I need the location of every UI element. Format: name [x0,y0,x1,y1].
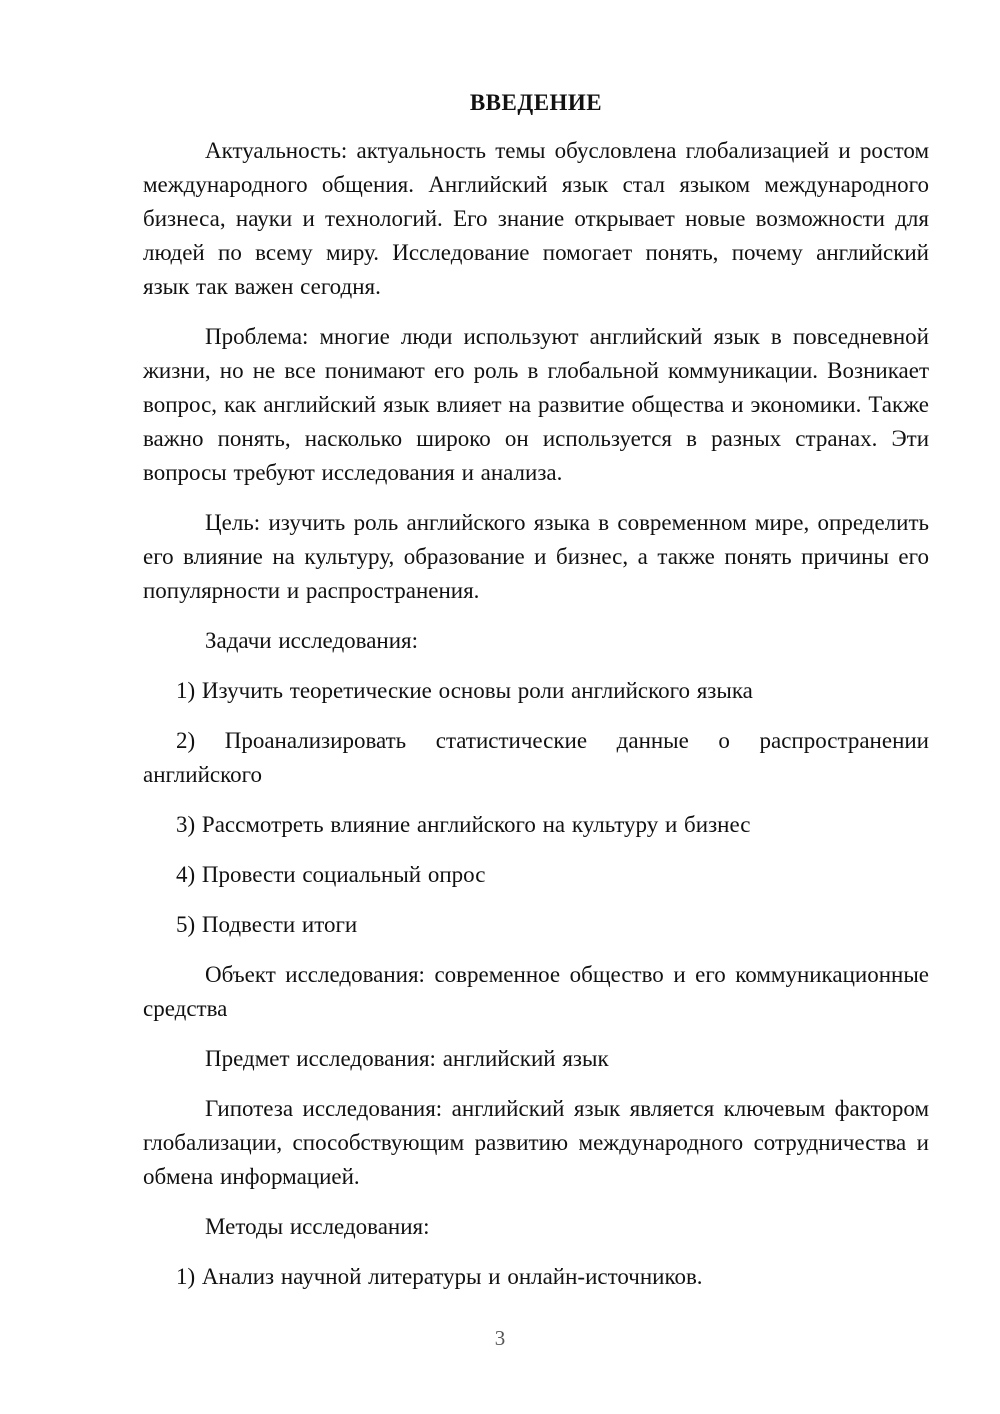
list-item: 5) Подвести итоги [143,908,929,942]
list-item: 4) Провести социальный опрос [143,858,929,892]
paragraph: Предмет исследования: английский язык [143,1042,929,1076]
paragraph: Методы исследования: [143,1210,929,1244]
list-item: 1) Изучить теоретические основы роли анг… [143,674,929,708]
paragraph: Цель: изучить роль английского языка в с… [143,506,929,608]
paragraph: Проблема: многие люди используют английс… [143,320,929,490]
document-body: Актуальность: актуальность темы обусловл… [143,134,929,1294]
list-item: 3) Рассмотреть влияние английского на ку… [143,808,929,842]
paragraph: Задачи исследования: [143,624,929,658]
document-page: ВВЕДЕНИЕ Актуальность: актуальность темы… [0,0,1000,1414]
paragraph: Гипотеза исследования: английский язык я… [143,1092,929,1194]
page-title: ВВЕДЕНИЕ [143,86,929,120]
paragraph: Объект исследования: современное обществ… [143,958,929,1026]
list-item: 2) Проанализировать статистические данны… [143,724,929,792]
paragraph: Актуальность: актуальность темы обусловл… [143,134,929,304]
page-number: 3 [0,1326,1000,1351]
list-item: 1) Анализ научной литературы и онлайн-ис… [143,1260,929,1294]
